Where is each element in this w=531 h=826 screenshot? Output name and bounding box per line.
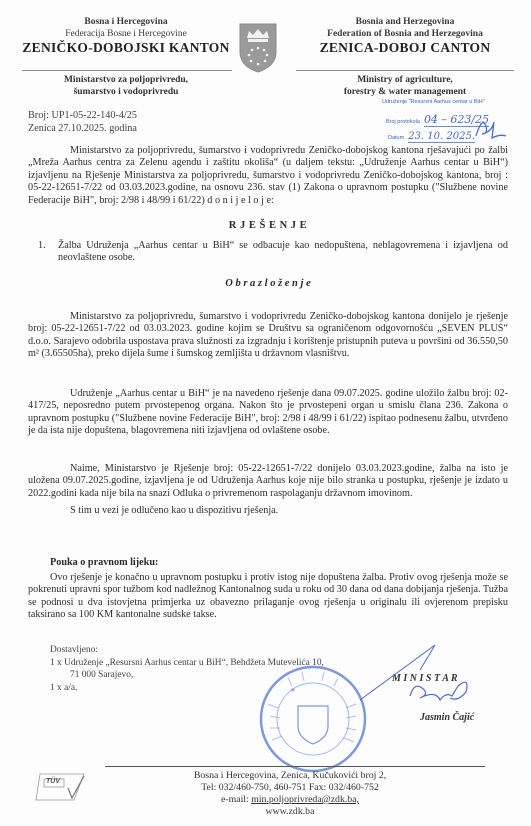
footer-website-link[interactable]: www.zdk.ba xyxy=(140,806,440,818)
coat-of-arms-icon xyxy=(238,22,278,74)
footer-rule xyxy=(105,766,485,767)
footer-email-link[interactable]: min.poljoprivreda@zdk.ba, xyxy=(251,794,359,805)
reasoning-title: O b r a z l o ž e n j e xyxy=(28,278,508,289)
footer-email-line: e-mail: min.poljoprivreda@zdk.ba, xyxy=(140,794,440,806)
header-left-ministry-line2: šumarstvo i vodoprivredu xyxy=(20,86,232,98)
reasoning-paragraph-2: Udruženje „Aarhus centar u BiH“ je na na… xyxy=(28,388,508,438)
receipt-stamp: Udruženje "Resursni Aarhus centar u BiH" xyxy=(382,99,531,105)
header-left-ministry-line1: Ministarstvo za poljoprivredu, xyxy=(20,74,232,86)
header-left-canton: ZENIČKO-DOBOJSKI KANTON xyxy=(20,40,232,55)
decision-title: R J E Š E N J E xyxy=(28,220,508,231)
header-right: Bosnia and Herzegovina Federation of Bos… xyxy=(296,16,514,55)
footer-address: Bosna i Hercegovina, Zenica, Kučukovići … xyxy=(140,770,440,782)
header-right-ministry-line2: forestry & water management xyxy=(296,86,514,98)
reasoning-paragraph-1: Ministarstvo za poljoprivredu, šumarstvo… xyxy=(28,311,508,361)
footer-phone: Tel: 032/460-750, 460-751 Fax: 032/460-7… xyxy=(140,782,440,794)
legal-remedy-text: Ovo rješenje je konačno u upravnom postu… xyxy=(28,572,508,622)
header-right-ministry-line1: Ministry of agriculture, xyxy=(296,74,514,86)
reference-block: Broj: UP1-05-22-140-4/25 Zenica 27.10.20… xyxy=(28,110,137,135)
receipt-date-label: Datum xyxy=(388,135,404,141)
decision-item-number: 1. xyxy=(38,240,58,265)
footer-contact: Bosna i Hercegovina, Zenica, Kučukovići … xyxy=(140,770,440,818)
signature-scribble-icon xyxy=(340,640,490,715)
initials-signature-icon xyxy=(470,112,510,147)
receipt-date-value: 23. 10. 2025. xyxy=(408,131,475,143)
signature-name: Jasmin Čajić xyxy=(420,712,474,723)
header-right-rule xyxy=(296,70,514,71)
reasoning-paragraph-3: Naime, Ministarstvo je Rješenje broj: 05… xyxy=(28,463,508,500)
reasoning-paragraph-4: S tim u vezi je odlučeno kao u dispoziti… xyxy=(28,505,508,517)
receipt-stamp-org: Udruženje "Resursni Aarhus centar u BiH" xyxy=(382,99,531,105)
tuv-logo-text: TÜV xyxy=(46,778,60,785)
header-right-canton: ZENICA-DOBOJ CANTON xyxy=(296,40,514,55)
tuv-certification-logo: TÜV xyxy=(34,770,90,809)
reference-place-date: Zenica 27.10.2025. godina xyxy=(28,123,137,136)
delivered-title: Dostavljeno: xyxy=(50,644,324,657)
header-left-rule xyxy=(22,70,232,71)
header-right-ministry: Ministry of agriculture, forestry & wate… xyxy=(296,74,514,98)
receipt-protocol-label: Broj protokola xyxy=(386,119,420,125)
footer-email-label: e-mail: xyxy=(221,794,251,805)
header-right-federation: Federation of Bosnia and Herzegovina xyxy=(296,28,514,40)
svg-text:*: * xyxy=(291,687,295,696)
header-left-federation: Federacija Bosne i Hercegovine xyxy=(20,28,232,40)
header-left-country: Bosna i Hercegovina xyxy=(20,16,232,28)
legal-remedy-title: Pouka o pravnom lijeku: xyxy=(50,557,158,568)
reference-number: Broj: UP1-05-22-140-4/25 xyxy=(28,110,137,123)
decision-item: 1. Žalba Udruženja „Aarhus centar u BiH“… xyxy=(38,240,508,265)
header-left-ministry: Ministarstvo za poljoprivredu, šumarstvo… xyxy=(20,74,232,98)
intro-paragraph: Ministarstvo za poljoprivredu, šumarstvo… xyxy=(28,145,508,207)
decision-item-text: Žalba Udruženja „Aarhus centar u BiH“ se… xyxy=(58,240,508,265)
header-right-country: Bosnia and Herzegovina xyxy=(296,16,514,28)
header-left: Bosna i Hercegovina Federacija Bosne i H… xyxy=(20,16,232,55)
